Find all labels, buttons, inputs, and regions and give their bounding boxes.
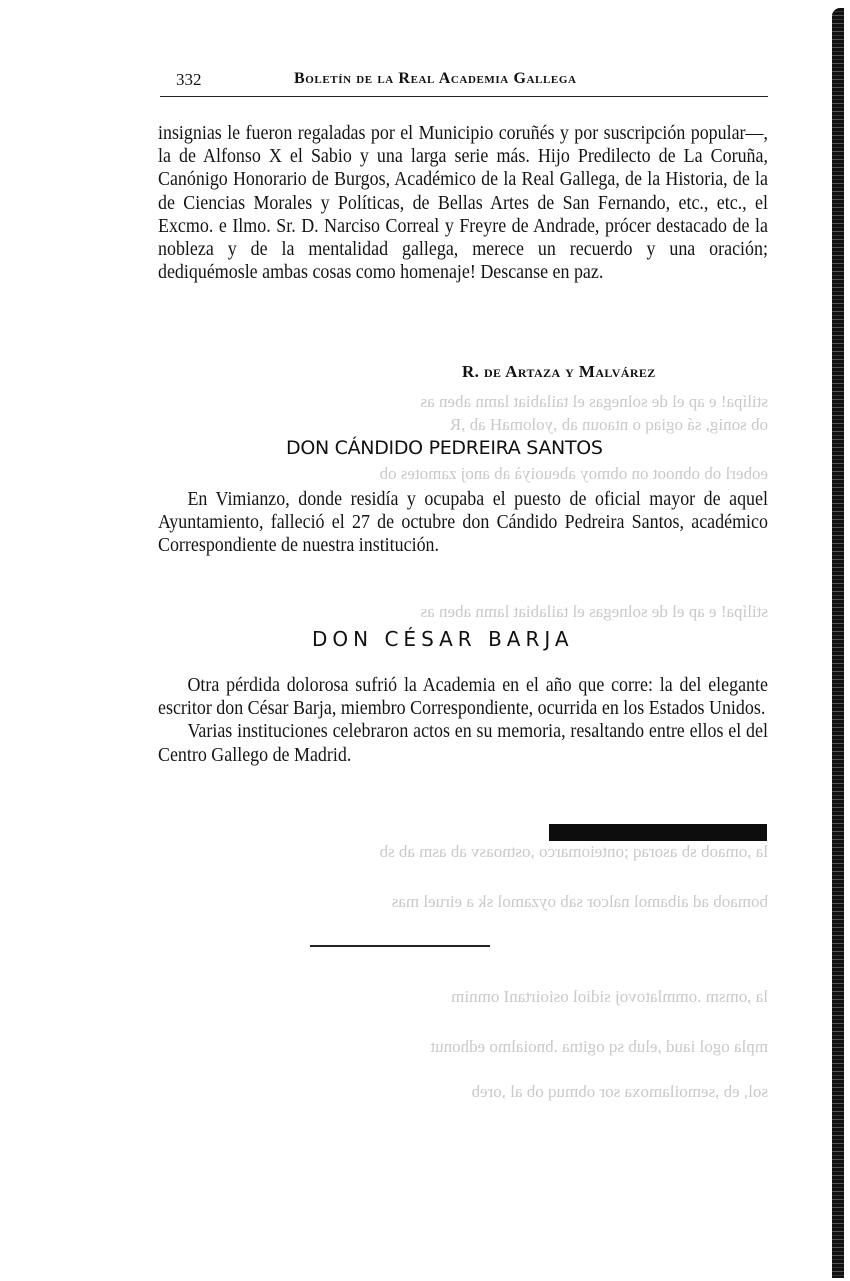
obituary-narciso-text: insignias le fueron regaladas por el Mun… (158, 122, 768, 284)
cesar-paragraphs: Otra pérdida dolorosa sufrió la Academia… (158, 674, 768, 767)
cesar-text-1: Otra pérdida dolorosa sufrió la Academia… (158, 674, 768, 720)
running-title: Boletín de la Real Academia Gallega (294, 70, 577, 88)
page-number: 332 (176, 70, 202, 90)
candido-paragraph: En Vimianzo, donde residía y ocupaba el … (158, 488, 768, 558)
bleed-through-rule (310, 945, 490, 947)
running-header: 332 Boletín de la Real Academia Gallega (160, 66, 768, 97)
bleed-through-line: bomaob ad aibamol nalcor sab oyzamol sk … (158, 890, 768, 913)
candido-text: En Vimianzo, donde residía y ocupaba el … (158, 488, 768, 558)
bleed-through-line: eoberl ob obnoot on obmoy abeuoiyà ab an… (158, 462, 768, 485)
bleed-through-line: ob sonig, sá ogiaq o ntaoun ab ,yolomaH … (158, 413, 768, 436)
bleed-through-line: stilípa! e ap el de solnegas el tailabia… (158, 390, 768, 413)
author-signature: R. de Artaza y Malvárez (462, 362, 656, 382)
cesar-text-2: Varias instituciones celebraron actos en… (158, 720, 768, 766)
section-heading-candido: DON CÁNDIDO PEDREIRA SANTOS (286, 437, 603, 459)
obituary-paragraph: insignias le fueron regaladas por el Mun… (158, 122, 768, 284)
bleed-through-line: la ,omaob sb asoraq ;onteiomarco ,ostnoa… (158, 840, 768, 863)
section-heading-cesar: DON CÉSAR BARJA (312, 627, 574, 651)
page-edge-shadow (832, 8, 844, 1278)
bleed-through-line: la ,omsm .ommlatovoj sidiol osioirtanI o… (158, 985, 768, 1008)
redaction-bar (549, 824, 767, 841)
bleed-through-line: stilípa! e ap el de solnegas el tailabia… (158, 600, 768, 623)
bleed-through-line: sol, eb ,semoilamoxa sor obmuq ob al ,or… (158, 1080, 768, 1103)
bleed-through-line: mpla ogol iaud ,elub sq ogitna .bnoialmo… (158, 1035, 768, 1058)
